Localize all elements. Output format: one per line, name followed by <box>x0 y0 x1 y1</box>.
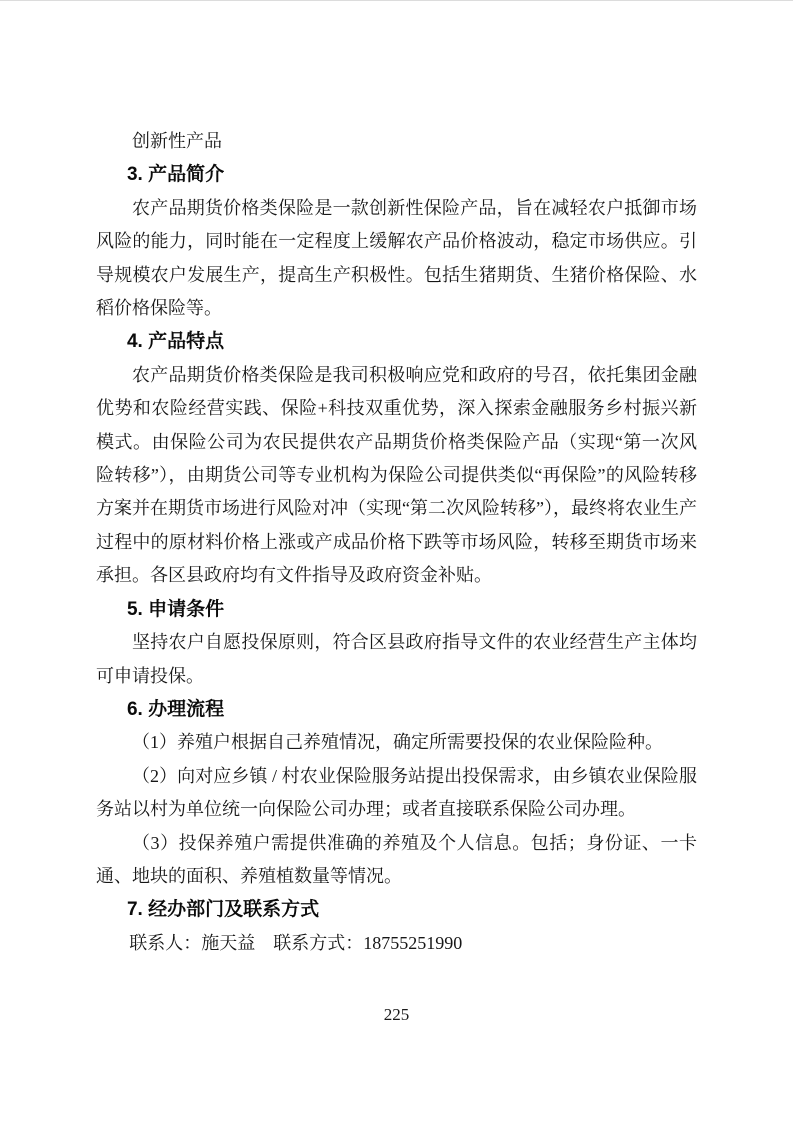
paragraph: 农产品期货价格类保险是我司积极响应党和政府的号召，依托集团金融优势和农险经营实践… <box>96 359 697 593</box>
paragraph: 农产品期货价格类保险是一款创新性保险产品，旨在减轻农户抵御市场风险的能力，同时能… <box>96 192 697 326</box>
paragraph-step-2: （2）向对应乡镇 / 村农业保险服务站提出投保需求，由乡镇农业保险服务站以村为单… <box>96 760 697 827</box>
paragraph: 坚持农户自愿投保原则，符合区县政府指导文件的农业经营生产主体均可申请投保。 <box>96 626 697 693</box>
page-content: 创新性产品 3. 产品简介 农产品期货价格类保险是一款创新性保险产品，旨在减轻农… <box>96 125 697 960</box>
contact-line: 联系人：施天益 联系方式：18755251990 <box>96 927 697 960</box>
section-heading-process: 6. 办理流程 <box>96 693 697 726</box>
section-heading-application-conditions: 5. 申请条件 <box>96 593 697 626</box>
section-heading-contact: 7. 经办部门及联系方式 <box>96 893 697 926</box>
paragraph-step-1: （1）养殖户根据自己养殖情况，确定所需要投保的农业保险险种。 <box>96 726 697 759</box>
page-number: 225 <box>0 1004 793 1026</box>
document-page: 创新性产品 3. 产品简介 农产品期货价格类保险是一款创新性保险产品，旨在减轻农… <box>0 0 793 1122</box>
intro-line: 创新性产品 <box>96 125 697 158</box>
paragraph-step-3: （3）投保养殖户需提供准确的养殖及个人信息。包括；身份证、一卡通、地块的面积、养… <box>96 827 697 894</box>
section-heading-product-intro: 3. 产品简介 <box>96 158 697 191</box>
section-heading-product-features: 4. 产品特点 <box>96 325 697 358</box>
